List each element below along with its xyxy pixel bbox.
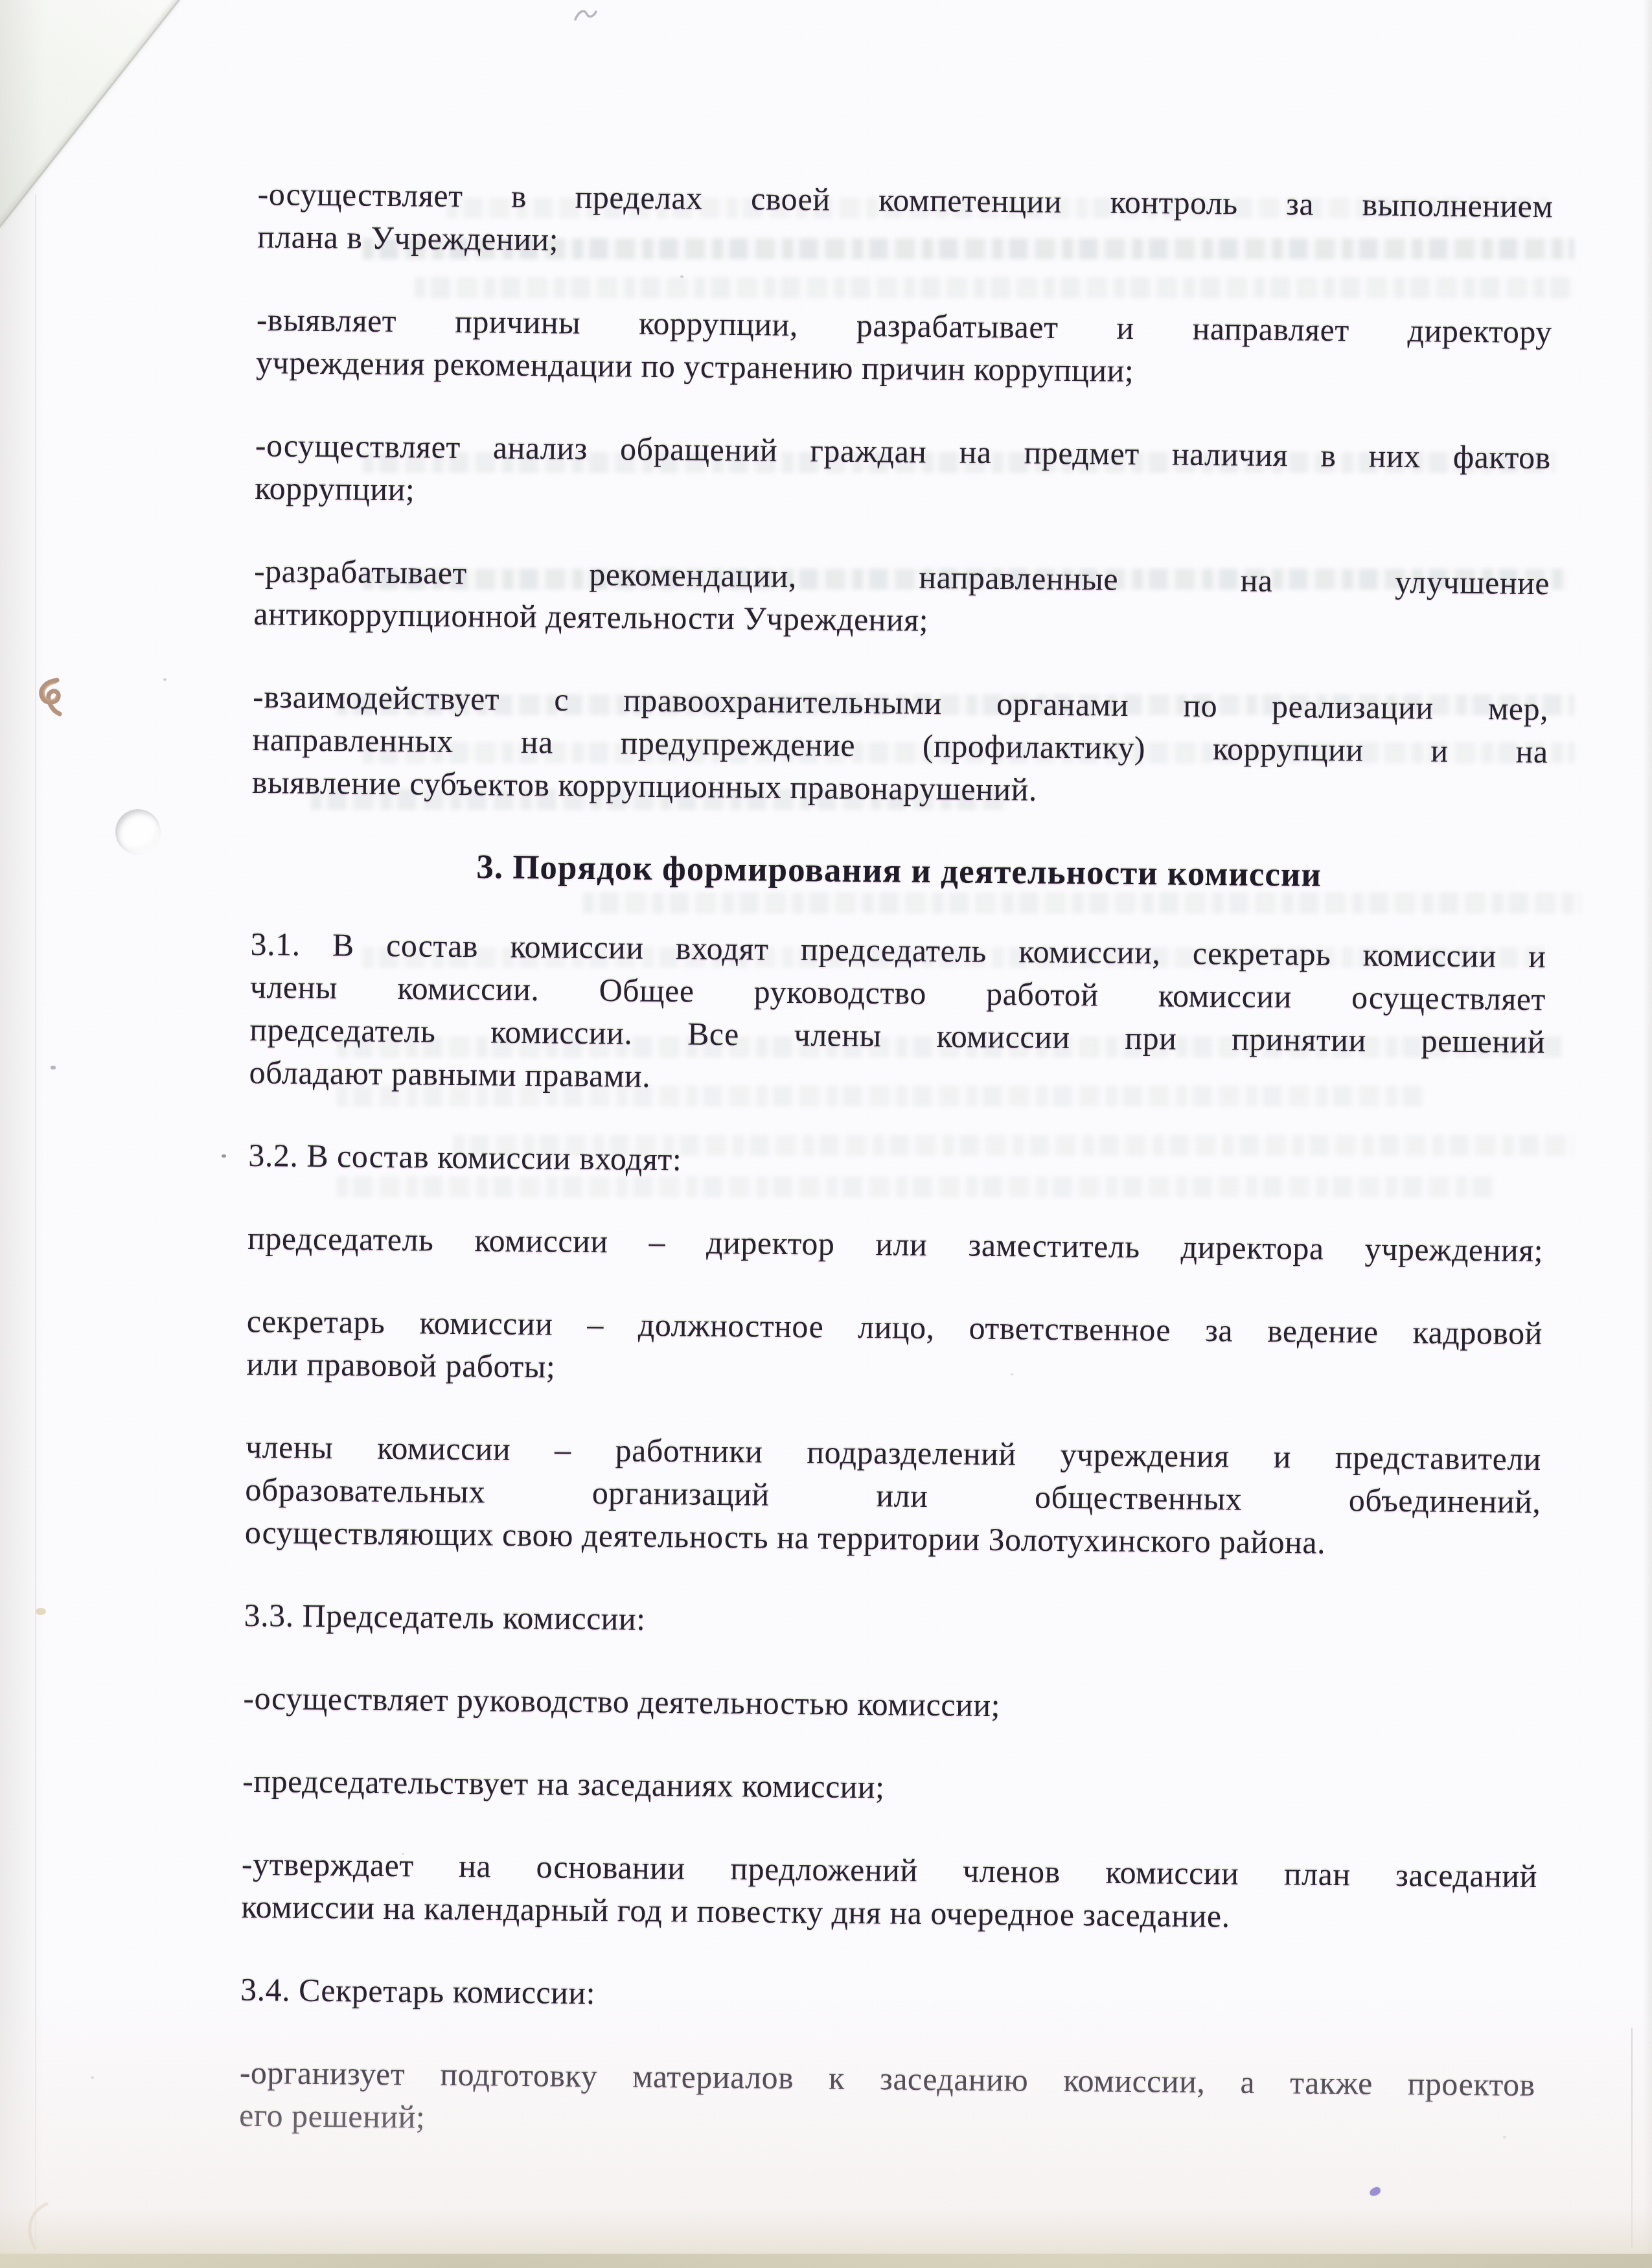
paragraph: 3.2. В состав комиссии входят: bbox=[248, 1134, 1544, 1189]
dust-speck bbox=[91, 2076, 94, 2079]
paragraph: -председательствует на заседаниях комисс… bbox=[242, 1759, 1539, 1815]
scanner-band-bottom bbox=[0, 2254, 1652, 2268]
dust-speck bbox=[402, 1853, 404, 1855]
dust-speck bbox=[680, 275, 683, 278]
section-heading: 3. Порядок формирования и деятельности к… bbox=[251, 843, 1547, 899]
paragraph: -утверждает на основании предложений чле… bbox=[241, 1842, 1537, 1940]
text-line: 3.4. Секретарь комиссии: bbox=[240, 1968, 1537, 2023]
paragraph: -организует подготовку материалов к засе… bbox=[239, 2051, 1535, 2149]
paragraph: -выявляет причины коррупции, разрабатыва… bbox=[256, 298, 1552, 396]
document-text-column: -осуществляет в пределах своей компетенц… bbox=[238, 172, 1554, 2189]
dust-speck bbox=[1011, 1373, 1013, 1375]
scan-edge-right bbox=[1643, 0, 1652, 2268]
embossed-circle-mark bbox=[115, 809, 161, 854]
paragraph: секретарь комиссии – должностное лицо, о… bbox=[246, 1300, 1543, 1397]
dust-speck bbox=[51, 1066, 56, 1070]
scanned-document: { "document": { "language": "ru", "kind"… bbox=[0, 0, 1652, 2268]
dust-speck bbox=[1503, 2136, 1506, 2138]
dust-speck bbox=[163, 678, 166, 681]
paragraph: 3.3. Председатель комиссии: bbox=[244, 1594, 1540, 1649]
text-line: 3. Порядок формирования и деятельности к… bbox=[251, 843, 1547, 899]
dust-speck bbox=[222, 1154, 226, 1158]
text-line: -председательствует на заседаниях комисс… bbox=[242, 1759, 1539, 1815]
dust-speck bbox=[36, 1608, 46, 1615]
text-line: 3.2. В состав комиссии входят: bbox=[248, 1134, 1544, 1189]
paragraph: -осуществляет анализ обращений граждан н… bbox=[255, 424, 1551, 521]
scan-edge-left bbox=[0, 0, 52, 2268]
scan-line-right bbox=[1631, 2028, 1633, 2248]
torn-paper-mark bbox=[36, 678, 69, 720]
text-line: -осуществляет руководство деятельностью … bbox=[243, 1677, 1539, 1732]
paragraph: 3.1. В состав комиссии входят председате… bbox=[249, 922, 1546, 1106]
paragraph: -осуществляет руководство деятельностью … bbox=[243, 1677, 1539, 1732]
paragraph: 3.4. Секретарь комиссии: bbox=[240, 1968, 1537, 2023]
bottom-left-curl bbox=[18, 2200, 57, 2252]
paper-page: -осуществляет в пределах своей компетенц… bbox=[0, 0, 1652, 2268]
text-line: 3.3. Председатель комиссии: bbox=[244, 1594, 1540, 1649]
blue-ink-dot bbox=[1369, 2186, 1382, 2197]
paragraph: члены комиссии – работники подразделений… bbox=[245, 1425, 1542, 1566]
paragraph: председатель комиссии – директор или зам… bbox=[247, 1217, 1544, 1272]
paragraph: -осуществляет в пределах своей компетенц… bbox=[257, 172, 1554, 270]
paragraph: -взаимодействует с правоохранительными о… bbox=[252, 675, 1549, 816]
text-line: председатель комиссии – директор или зам… bbox=[247, 1217, 1544, 1272]
top-edge-squiggle bbox=[573, 5, 599, 25]
paragraph: -разрабатывает рекомендации, направленны… bbox=[253, 549, 1550, 647]
paper-seam-left bbox=[35, 194, 36, 2242]
